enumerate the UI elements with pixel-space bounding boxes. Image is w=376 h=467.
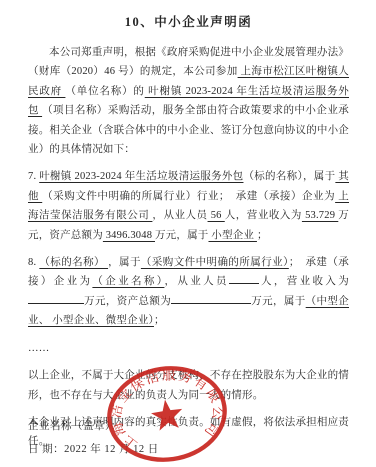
item-8-text: 人，营业收入为 [259, 276, 349, 287]
item-7-size-underlined: 小型企业 [208, 230, 256, 241]
item-8-text: ，属于 [108, 257, 141, 268]
intro-paragraph: 本公司郑重声明，根据《政府采购促进中小企业发展管理办法》（财库（2020）46 … [28, 43, 349, 159]
item-7-text: （标的名称），属于 [243, 171, 335, 182]
intro-mid: （单位名称）的 [65, 86, 144, 97]
item-8-text: ； [154, 315, 165, 326]
item-8-text: 万元，属于 [251, 296, 306, 307]
item-7-revenue-underlined: 53.729 [302, 210, 338, 221]
item-7-number: 7. [28, 171, 39, 182]
item-7-assets-underlined: 3496.3048 [103, 230, 155, 241]
blank-employees-field [229, 274, 259, 284]
no-affiliation-clause: 以上企业，不属于大企业的分支机构，不存在控股股东为大企业的情形，也不存在与大企业… [28, 366, 349, 405]
item-8-number: 8. [28, 257, 39, 268]
item-7-employees-underlined: 56 [208, 210, 225, 221]
date-line: 日 期：2022 年 12 月 12 日 [28, 440, 159, 459]
item-7-subject-underlined: 叶榭镇 2023-2024 年生活垃圾清运服务外包 [39, 171, 243, 182]
item-7-text: （采购文件中明确的所属行业）行业； 承建（承接）企业为 [42, 191, 335, 202]
signature-block: 企业名称（盖章）： 日 期：2022 年 12 月 12 日 [28, 417, 159, 463]
company-name-label: 企业名称（盖章）： [28, 417, 159, 436]
item-8-text: ，从业人员 [164, 276, 228, 287]
item-8-subject-placeholder: （标的名称） [39, 257, 108, 268]
item-8-paragraph: 8. （标的名称） ，属于（采购文件中明确的所属行业）； 承建（承接）企业为（企… [28, 253, 349, 331]
ellipsis-line: …… [28, 339, 349, 358]
item-8-industry-placeholder: （采购文件中明确的所属行业） [141, 257, 289, 268]
item-7-paragraph: 7. 叶榭镇 2023-2024 年生活垃圾清运服务外包（标的名称），属于 其他… [28, 167, 349, 245]
item-8-company-placeholder: （企业名称） [92, 276, 164, 287]
date-label: 日 期： [28, 444, 64, 455]
item-7-text: ，从业人员 [152, 210, 207, 221]
item-7-text: ； [257, 230, 268, 241]
declaration-document: 10、中小企业声明函 本公司郑重声明，根据《政府采购促进中小企业发展管理办法》（… [0, 0, 376, 452]
blank-revenue-field [28, 294, 84, 304]
document-title: 10、中小企业声明函 [28, 12, 349, 30]
blank-assets-field [171, 294, 251, 304]
intro-tail: （项目名称）采购活动，服务全部由符合政策要求的中小企业承接。相关企业（含联合体中… [28, 105, 349, 155]
date-value: 2022 年 12 月 12 日 [64, 444, 159, 455]
item-7-text: 万元，属于 [155, 230, 209, 241]
item-7-text: 人，营业收入为 [225, 210, 302, 221]
item-8-text: 万元，资产总额为 [84, 296, 171, 307]
